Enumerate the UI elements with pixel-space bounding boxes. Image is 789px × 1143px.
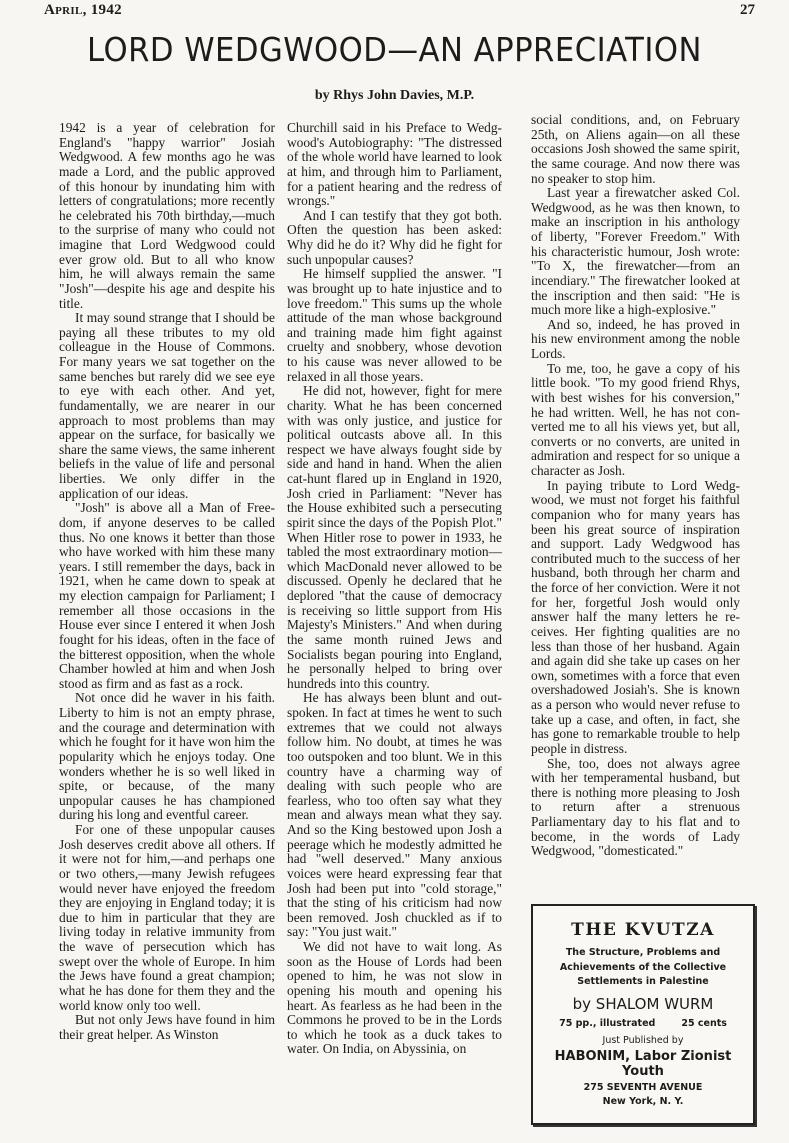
paragraph: She, too, does not always agree with her… (531, 757, 740, 859)
paragraph: To me, too, he gave a copy of his little… (531, 362, 740, 479)
paragraph: For one of these unpopular causes Josh d… (59, 823, 275, 1013)
ad-city: New York, N. Y. (533, 1096, 753, 1107)
paragraph: It may sound strange that I should be pa… (59, 311, 275, 501)
ad-title: THE KVUTZA (533, 920, 753, 940)
ad-published-by: Just Published by (533, 1035, 753, 1046)
paragraph: In paying tribute to Lord Wedg­wood, we … (531, 479, 740, 757)
paragraph: social conditions, and, on February 25th… (531, 113, 740, 186)
ad-subtitle-line: The Structure, Problems and (533, 946, 753, 961)
ad-address: 275 SEVENTH AVENUE (533, 1082, 753, 1093)
paragraph: But not only Jews have found in him thei… (59, 1013, 275, 1042)
paragraph: He himself supplied the answer. "I was b… (287, 267, 502, 384)
paragraph: Last year a firewatcher asked Col. Wedgw… (531, 186, 740, 318)
paragraph: And I can testify that they got both. Of… (287, 209, 502, 268)
article-column-3: social conditions, and, on February 25th… (531, 113, 740, 859)
paragraph: Not once did he waver in his faith. Libe… (59, 691, 275, 823)
article-title: LORD WEDGWOOD—AN APPRECIATION (28, 30, 762, 69)
paragraph: Churchill said in his Preface to Wedg­wo… (287, 121, 502, 209)
paragraph: He did not, however, fight for mere char… (287, 384, 502, 691)
issue-date: April, 1942 (44, 2, 122, 19)
ad-publisher: HABONIM, Labor Zionist Youth (533, 1049, 753, 1079)
ad-price: 25 cents (681, 1018, 727, 1029)
paragraph: And so, indeed, he has proved in his new… (531, 318, 740, 362)
article-byline: by Rhys John Davies, M.P. (0, 88, 789, 104)
ad-author: by SHALOM WURM (533, 995, 753, 1013)
article-column-1: 1942 is a year of celebration for Englan… (59, 121, 275, 1042)
ad-subtitle: The Structure, Problems and Achievements… (533, 946, 753, 990)
running-head: April, 1942 27 (44, 2, 755, 24)
paragraph: We did not have to wait long. As soon as… (287, 940, 502, 1057)
paragraph: He has always been blunt and out­spoken.… (287, 691, 502, 940)
ad-price-line: 75 pp., illustrated25 cents (533, 1018, 753, 1029)
ad-subtitle-line: Achievements of the Collective (533, 961, 753, 976)
article-column-2: Churchill said in his Preface to Wedg­wo… (287, 121, 502, 1057)
ad-subtitle-line: Settlements in Palestine (533, 975, 753, 990)
ad-pages: 75 pp., illustrated (559, 1018, 655, 1029)
paragraph: 1942 is a year of celebration for Englan… (59, 121, 275, 311)
book-advertisement: THE KVUTZA The Structure, Problems and A… (531, 904, 755, 1125)
page-number: 27 (740, 2, 755, 19)
paragraph: "Josh" is above all a Man of Free­dom, i… (59, 501, 275, 691)
